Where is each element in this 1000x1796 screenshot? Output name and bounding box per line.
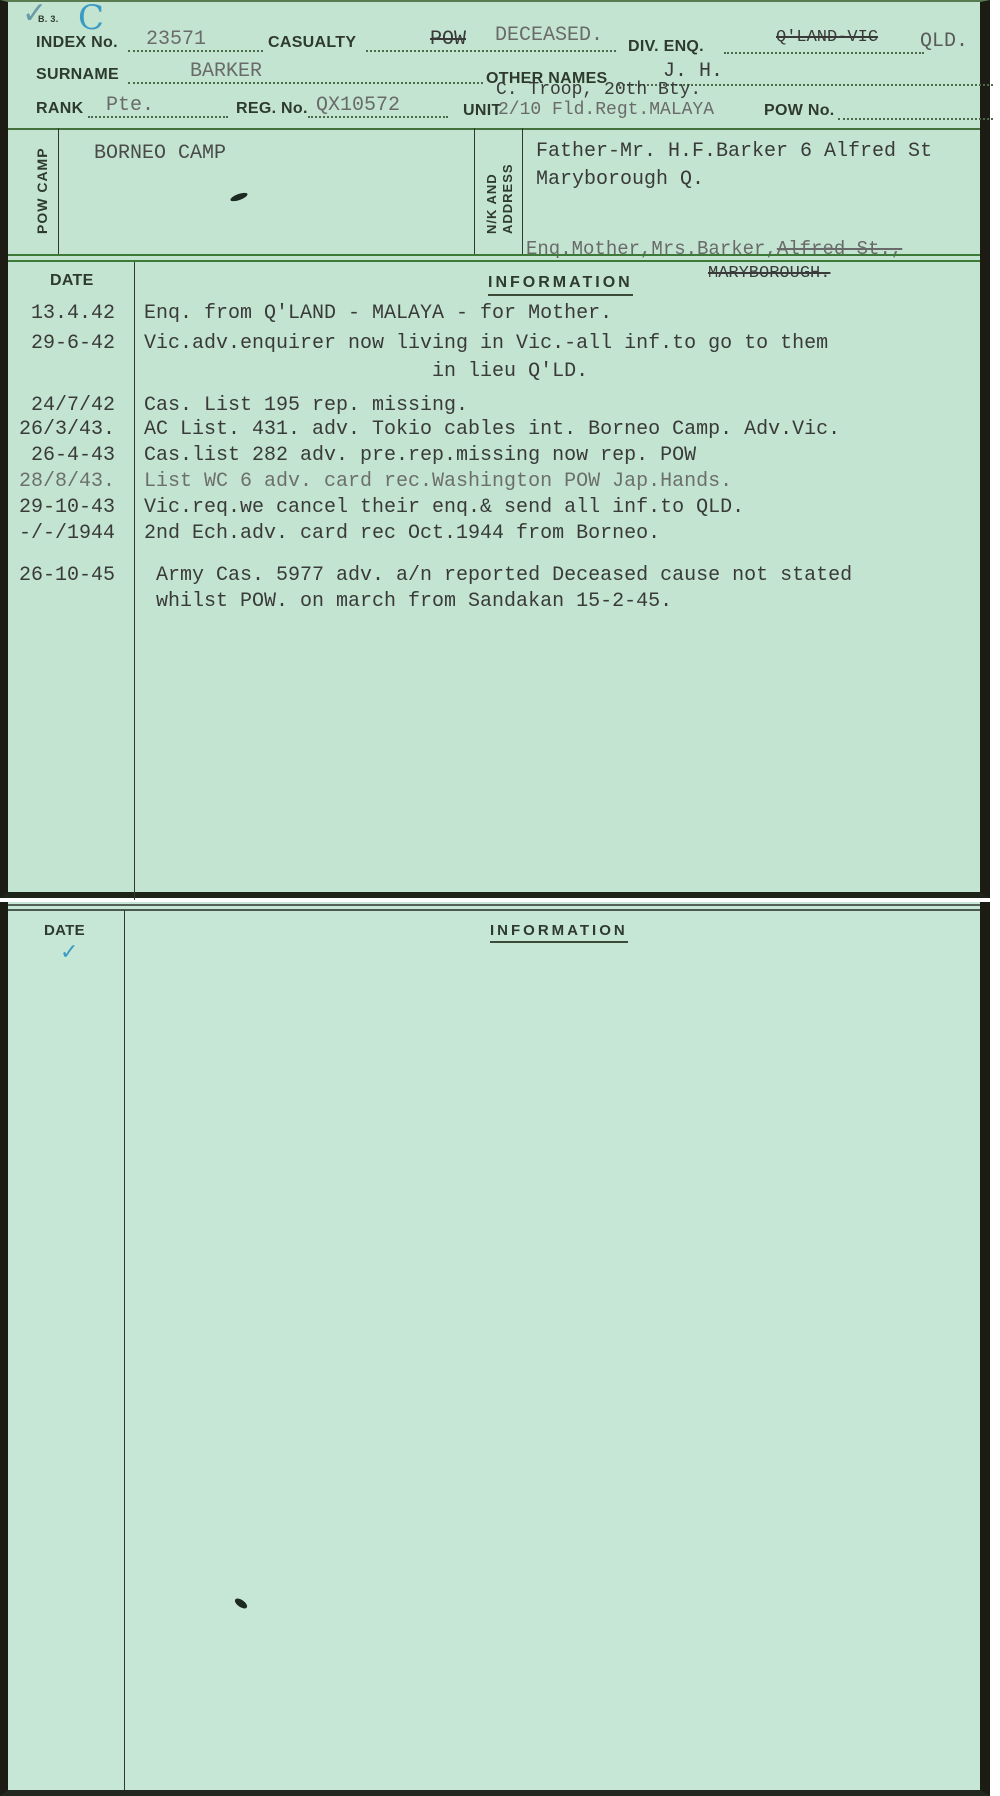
- back-ink-blot: [233, 1597, 248, 1611]
- pow-camp-label: POW CAMP: [34, 147, 50, 234]
- nk-address-line2: Maryborough Q.: [536, 168, 704, 191]
- back-pen-check-mark-icon: ✓: [60, 940, 78, 965]
- information-header: INFORMATION: [488, 274, 633, 296]
- nk-label-line2: ADDRESS: [500, 163, 515, 234]
- entry-text: List WC 6 adv. card rec.Washington POW J…: [144, 470, 732, 493]
- casualty-label: CASUALTY: [268, 34, 356, 52]
- div-enq-label: DIV. ENQ.: [628, 38, 704, 56]
- table-row: -/-/19442nd Ech.adv. card rec Oct.1944 f…: [8, 522, 980, 548]
- table-row: 26/3/43.AC List. 431. adv. Tokio cables …: [8, 418, 980, 444]
- entry-date: 28/8/43.: [19, 470, 115, 493]
- nk-enq-line: Enq.Mother,Mrs.Barker,Alfred St.,: [526, 238, 902, 260]
- back-date-header: DATE: [44, 922, 85, 939]
- rank-label: RANK: [36, 100, 83, 118]
- casualty-value: DECEASED.: [495, 24, 603, 47]
- entry-date: 13.4.42: [31, 302, 115, 325]
- entry-text: Army Cas. 5977 adv. a/n reported Decease…: [144, 564, 852, 587]
- pow-no-label: POW No.: [764, 102, 835, 120]
- form-code: B. 3.: [38, 14, 59, 24]
- pen-c-mark: C: [78, 0, 104, 38]
- entry-date: 26-10-45: [19, 564, 115, 587]
- ink-blot: [230, 191, 249, 203]
- index-no-label: INDEX No.: [36, 34, 118, 52]
- nk-label-line1: N/K AND: [484, 173, 499, 234]
- entry-date: 26-4-43: [31, 444, 115, 467]
- entry-text: Vic.adv.enquirer now living in Vic.-all …: [144, 332, 828, 355]
- entry-text: Cas. List 195 rep. missing.: [144, 394, 468, 417]
- entry-text: Vic.req.we cancel their enq.& send all i…: [144, 496, 744, 519]
- table-row: 28/8/43.List WC 6 adv. card rec.Washingt…: [8, 470, 980, 496]
- entry-text: Cas.list 282 adv. pre.rep.missing now re…: [144, 444, 696, 467]
- nk-enq-struck-line2: MARYBOROUGH.: [708, 264, 830, 283]
- nk-address-line1: Father-Mr. H.F.Barker 6 Alfred St: [536, 140, 932, 163]
- casualty-struck-value: POW: [430, 28, 466, 51]
- entry-date: -/-/1944: [19, 522, 115, 545]
- table-row: 26-4-43Cas.list 282 adv. pre.rep.missing…: [8, 444, 980, 470]
- entry-date: 29-10-43: [19, 496, 115, 519]
- entry-text: whilst POW. on march from Sandakan 15-2-…: [144, 590, 672, 613]
- surname-label: SURNAME: [36, 66, 119, 84]
- back-information-header: INFORMATION: [490, 922, 628, 943]
- entry-text: in lieu Q'LD.: [144, 360, 588, 383]
- unit-value-line1: C. Troop, 20th Bty.: [496, 80, 701, 100]
- table-row: in lieu Q'LD.: [8, 360, 980, 386]
- div-enq-value: QLD.: [920, 30, 968, 53]
- reg-no-value: QX10572: [316, 94, 400, 117]
- record-card-front: ✓ B. 3. C INDEX No. 23571 CASUALTY POW D…: [0, 0, 990, 898]
- table-row: 24/7/42Cas. List 195 rep. missing.: [8, 394, 980, 420]
- table-row: 13.4.42Enq. from Q'LAND - MALAYA - for M…: [8, 302, 980, 328]
- rank-value: Pte.: [106, 94, 154, 117]
- unit-label: UNIT: [463, 102, 502, 120]
- reg-no-label: REG. No.: [236, 100, 308, 118]
- entry-date: 24/7/42: [31, 394, 115, 417]
- entry-text: Enq. from Q'LAND - MALAYA - for Mother.: [144, 302, 612, 325]
- date-header: DATE: [50, 272, 94, 290]
- entry-date: 26/3/43.: [19, 418, 115, 441]
- index-no-value: 23571: [146, 28, 206, 51]
- entry-text: 2nd Ech.adv. card rec Oct.1944 from Born…: [144, 522, 660, 545]
- entry-text: AC List. 431. adv. Tokio cables int. Bor…: [144, 418, 840, 441]
- div-enq-struck-value: Q'LAND-VIC: [776, 28, 878, 47]
- entry-date: 29-6-42: [31, 332, 115, 355]
- table-row: 26-10-45 Army Cas. 5977 adv. a/n reporte…: [8, 564, 980, 590]
- unit-value-line2: 2/10 Fld.Regt.MALAYA: [498, 100, 714, 120]
- table-row: 29-10-43Vic.req.we cancel their enq.& se…: [8, 496, 980, 522]
- record-card-back: DATE ✓ INFORMATION: [0, 902, 990, 1796]
- table-row: whilst POW. on march from Sandakan 15-2-…: [8, 590, 980, 616]
- table-row: 29-6-42Vic.adv.enquirer now living in Vi…: [8, 332, 980, 358]
- surname-value: BARKER: [190, 60, 262, 83]
- pow-camp-value: BORNEO CAMP: [94, 142, 226, 165]
